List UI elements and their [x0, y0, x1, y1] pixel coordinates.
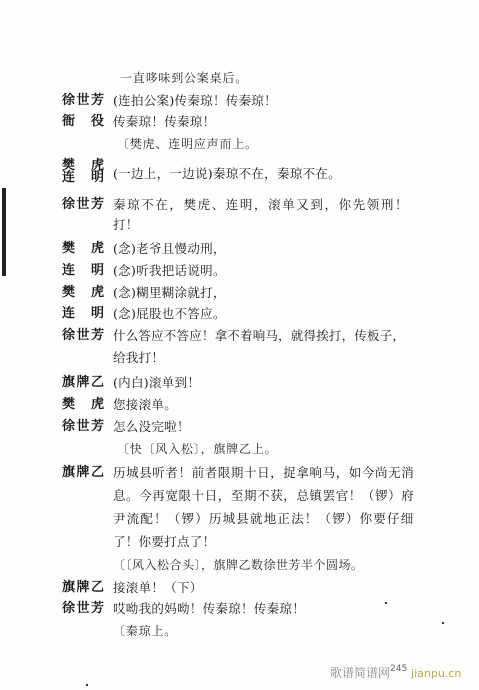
speech-text: (念)屁股也不答应。	[113, 306, 226, 322]
speech-text: (内白)滚单到！	[113, 375, 200, 391]
speech-text: 您接滚单。	[113, 397, 177, 413]
speaker-name: 徐世芳	[62, 601, 104, 617]
speech-text: 什么答应不答应！拿不着响马，就得挨打，传板子，	[113, 328, 405, 344]
stage-direction: 〔秦琼上。	[113, 623, 177, 639]
speaker-name: 徐世芳	[62, 328, 104, 344]
speaker-names-stacked: 樊 虎 连 明	[62, 160, 104, 184]
watermark-site: jianpu.cn	[411, 667, 461, 680]
scan-speck	[385, 602, 387, 604]
script-page: 一直哆味到公案桌后。 徐世芳 (连拍公案)传秦琼！传秦琼！ 衙 役 传秦琼！传秦…	[0, 0, 479, 690]
speech-text: (念)糊里糊涂就打，	[113, 285, 226, 301]
speaker-name: 旗牌乙	[62, 375, 104, 391]
continuation-text: 尹流配！（锣）历城县就地正法！（锣）你要仔细	[113, 511, 414, 527]
speech-text: (念)听我把话说明。	[113, 263, 226, 279]
continuation-text: 给我打！	[113, 350, 164, 366]
speaker-name: 衙 役	[62, 114, 104, 130]
speaker-name: 连 明	[62, 306, 104, 322]
scan-speck	[442, 622, 444, 624]
continuation-text: 息。今再宽限十日，至期不获，总镇罢官！（锣）府	[113, 488, 414, 504]
speech-text: 哎呦我的妈呦！传秦琼！传秦琼！	[113, 601, 305, 617]
stage-direction: 〔快〔风入松〕，旗牌乙上。	[117, 441, 277, 457]
speaker-name: 樊 虎	[62, 285, 104, 301]
speaker-name: 连 明	[62, 263, 104, 279]
page-footer-watermark: 歌谱简谱网245 jianpu.cn	[330, 664, 461, 681]
watermark-text: 歌谱简谱网	[330, 666, 390, 680]
speech-text: 怎么没完啦！	[113, 419, 190, 435]
continuation-text: 打！	[113, 217, 139, 233]
speech-text: 传秦琼！传秦琼！	[113, 114, 215, 130]
stage-direction: 〔樊虎、连明应声而上。	[117, 136, 258, 152]
speaker-name: 旗牌乙	[62, 580, 104, 596]
stage-direction: 〔〔风入松合头〕，旗牌乙数徐世芳半个圆场。	[113, 557, 364, 573]
speech-text: (连拍公案)传秦琼！传秦琼！	[113, 93, 277, 109]
scan-speck	[86, 684, 88, 686]
speech-text: 历城县听者！前者限期十日，捉拿响马，如今尚无消	[113, 465, 414, 481]
speech-text: 秦琼不在，樊虎、连明，滚单又到，你先领刑！	[113, 197, 409, 213]
speech-text: (一边上，一边说)秦琼不在，秦琼不在。	[113, 166, 341, 182]
continuation-text: 一直哆味到公案桌后。	[120, 70, 248, 86]
binding-margin-bar	[2, 188, 6, 276]
speech-text: 接滚单！（下）	[113, 580, 203, 596]
speaker-name: 樊 虎	[62, 241, 104, 257]
speaker-name: 连 明	[62, 172, 104, 184]
speaker-name: 旗牌乙	[62, 465, 104, 481]
continuation-text: 了！你要打点了！	[113, 534, 215, 550]
speech-text: (念)老爷且慢动刑，	[113, 241, 226, 257]
speaker-name: 徐世芳	[62, 197, 104, 213]
speaker-name: 徐世芳	[62, 93, 104, 109]
speaker-name: 樊 虎	[62, 397, 104, 413]
page-number: 245	[390, 664, 407, 674]
speaker-name: 徐世芳	[62, 419, 104, 435]
